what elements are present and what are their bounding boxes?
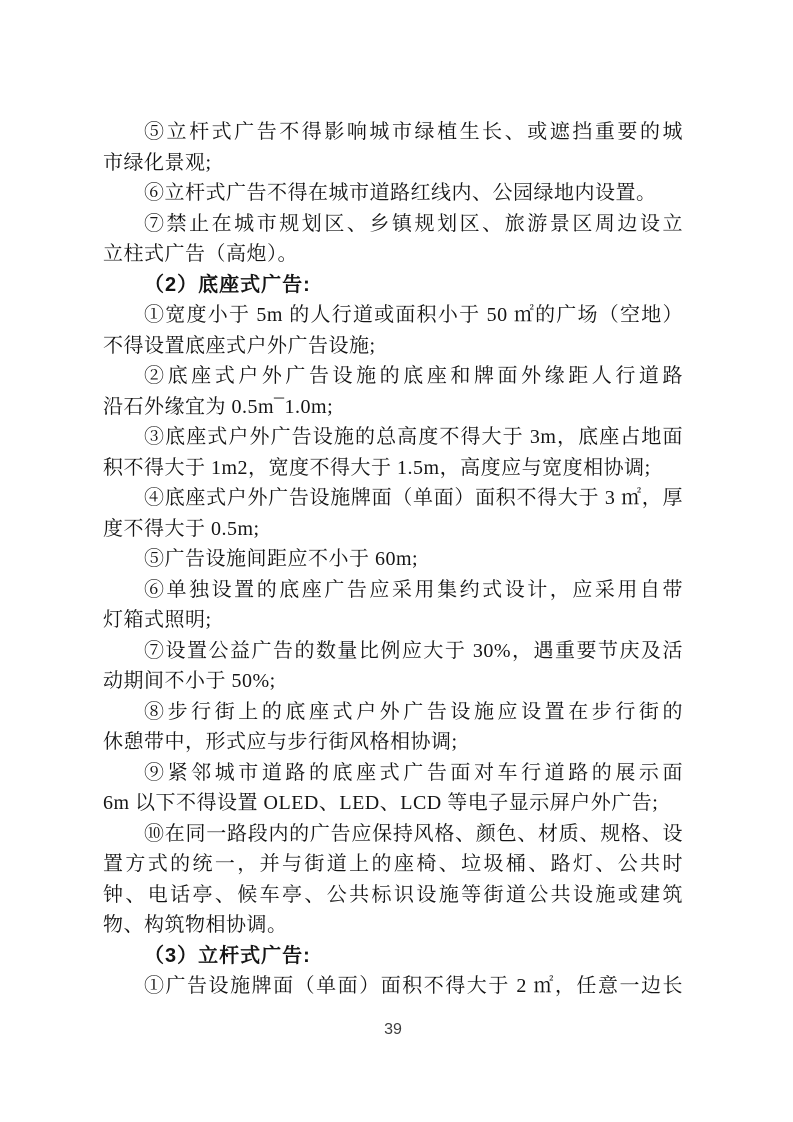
text-line: ⑥单独设置的底座广告应采用集约式设计，应采用自带 (103, 575, 683, 606)
text-line: ⑧步行街上的底座式户外广告设施应设置在步行街的 (103, 697, 683, 728)
paragraph: ①广告设施牌面（单面）面积不得大于 2 ㎡，任意一边长 (103, 971, 683, 1002)
text-line: ⑦设置公益广告的数量比例应大于 30%，遇重要节庆及活 (103, 636, 683, 667)
text-line: （3）立杆式广告: (103, 941, 683, 972)
text-line: 不得设置底座式户外广告设施; (103, 331, 683, 362)
paragraph: ⑦设置公益广告的数量比例应大于 30%，遇重要节庆及活动期间不小于 50%; (103, 636, 683, 697)
text-line: 物、构筑物相协调。 (103, 910, 683, 941)
section-heading: （3）立杆式广告: (103, 941, 683, 972)
paragraph: ④底座式户外广告设施牌面（单面）面积不得大于 3 ㎡，厚度不得大于 0.5m; (103, 483, 683, 544)
paragraph: ⑩在同一路段内的广告应保持风格、颜色、材质、规格、设置方式的统一，并与街道上的座… (103, 819, 683, 941)
text-line: ③底座式户外广告设施的总高度不得大于 3m，底座占地面 (103, 422, 683, 453)
text-line: ①宽度小于 5m 的人行道或面积小于 50 ㎡的广场（空地） (103, 300, 683, 331)
text-line: ①广告设施牌面（单面）面积不得大于 2 ㎡，任意一边长 (103, 971, 683, 1002)
text-line: ⑨紧邻城市道路的底座式广告面对车行道路的展示面 (103, 758, 683, 789)
paragraph: ⑥单独设置的底座广告应采用集约式设计，应采用自带灯箱式照明; (103, 575, 683, 636)
text-line: 6m 以下不得设置 OLED、LED、LCD 等电子显示屏户外广告; (103, 788, 683, 819)
paragraph: ⑦禁止在城市规划区、乡镇规划区、旅游景区周边设立立柱式广告（高炮）。 (103, 209, 683, 270)
page-number: 39 (103, 1021, 683, 1039)
section-heading: （2）底座式广告: (103, 270, 683, 301)
document-body: ⑤立杆式广告不得影响城市绿植生长、或遮挡重要的城市绿化景观;⑥立杆式广告不得在城… (103, 117, 683, 1002)
paragraph: ⑤立杆式广告不得影响城市绿植生长、或遮挡重要的城市绿化景观; (103, 117, 683, 178)
paragraph: ②底座式户外广告设施的底座和牌面外缘距人行道路沿石外缘宜为 0.5m¯1.0m; (103, 361, 683, 422)
text-line: 灯箱式照明; (103, 605, 683, 636)
text-line: 置方式的统一，并与街道上的座椅、垃圾桶、路灯、公共时 (103, 849, 683, 880)
paragraph: ⑥立杆式广告不得在城市道路红线内、公园绿地内设置。 (103, 178, 683, 209)
paragraph: ①宽度小于 5m 的人行道或面积小于 50 ㎡的广场（空地）不得设置底座式户外广… (103, 300, 683, 361)
paragraph: ⑨紧邻城市道路的底座式广告面对车行道路的展示面6m 以下不得设置 OLED、LE… (103, 758, 683, 819)
text-line: 度不得大于 0.5m; (103, 514, 683, 545)
text-line: ⑥立杆式广告不得在城市道路红线内、公园绿地内设置。 (103, 178, 683, 209)
text-line: ⑤广告设施间距应不小于 60m; (103, 544, 683, 575)
text-line: （2）底座式广告: (103, 270, 683, 301)
text-line: 积不得大于 1m2，宽度不得大于 1.5m，高度应与宽度相协调; (103, 453, 683, 484)
paragraph: ⑧步行街上的底座式户外广告设施应设置在步行街的休憩带中，形式应与步行街风格相协调… (103, 697, 683, 758)
document-page: ⑤立杆式广告不得影响城市绿植生长、或遮挡重要的城市绿化景观;⑥立杆式广告不得在城… (0, 0, 793, 1122)
text-line: 沿石外缘宜为 0.5m¯1.0m; (103, 392, 683, 423)
text-line: ⑤立杆式广告不得影响城市绿植生长、或遮挡重要的城 (103, 117, 683, 148)
paragraph: ⑤广告设施间距应不小于 60m; (103, 544, 683, 575)
text-line: 立柱式广告（高炮）。 (103, 239, 683, 270)
text-line: 休憩带中，形式应与步行街风格相协调; (103, 727, 683, 758)
text-line: 市绿化景观; (103, 148, 683, 179)
text-line: ④底座式户外广告设施牌面（单面）面积不得大于 3 ㎡，厚 (103, 483, 683, 514)
text-line: 动期间不小于 50%; (103, 666, 683, 697)
text-line: ⑩在同一路段内的广告应保持风格、颜色、材质、规格、设 (103, 819, 683, 850)
text-line: ②底座式户外广告设施的底座和牌面外缘距人行道路 (103, 361, 683, 392)
text-line: ⑦禁止在城市规划区、乡镇规划区、旅游景区周边设立 (103, 209, 683, 240)
paragraph: ③底座式户外广告设施的总高度不得大于 3m，底座占地面积不得大于 1m2，宽度不… (103, 422, 683, 483)
text-line: 钟、电话亭、候车亭、公共标识设施等街道公共设施或建筑 (103, 880, 683, 911)
